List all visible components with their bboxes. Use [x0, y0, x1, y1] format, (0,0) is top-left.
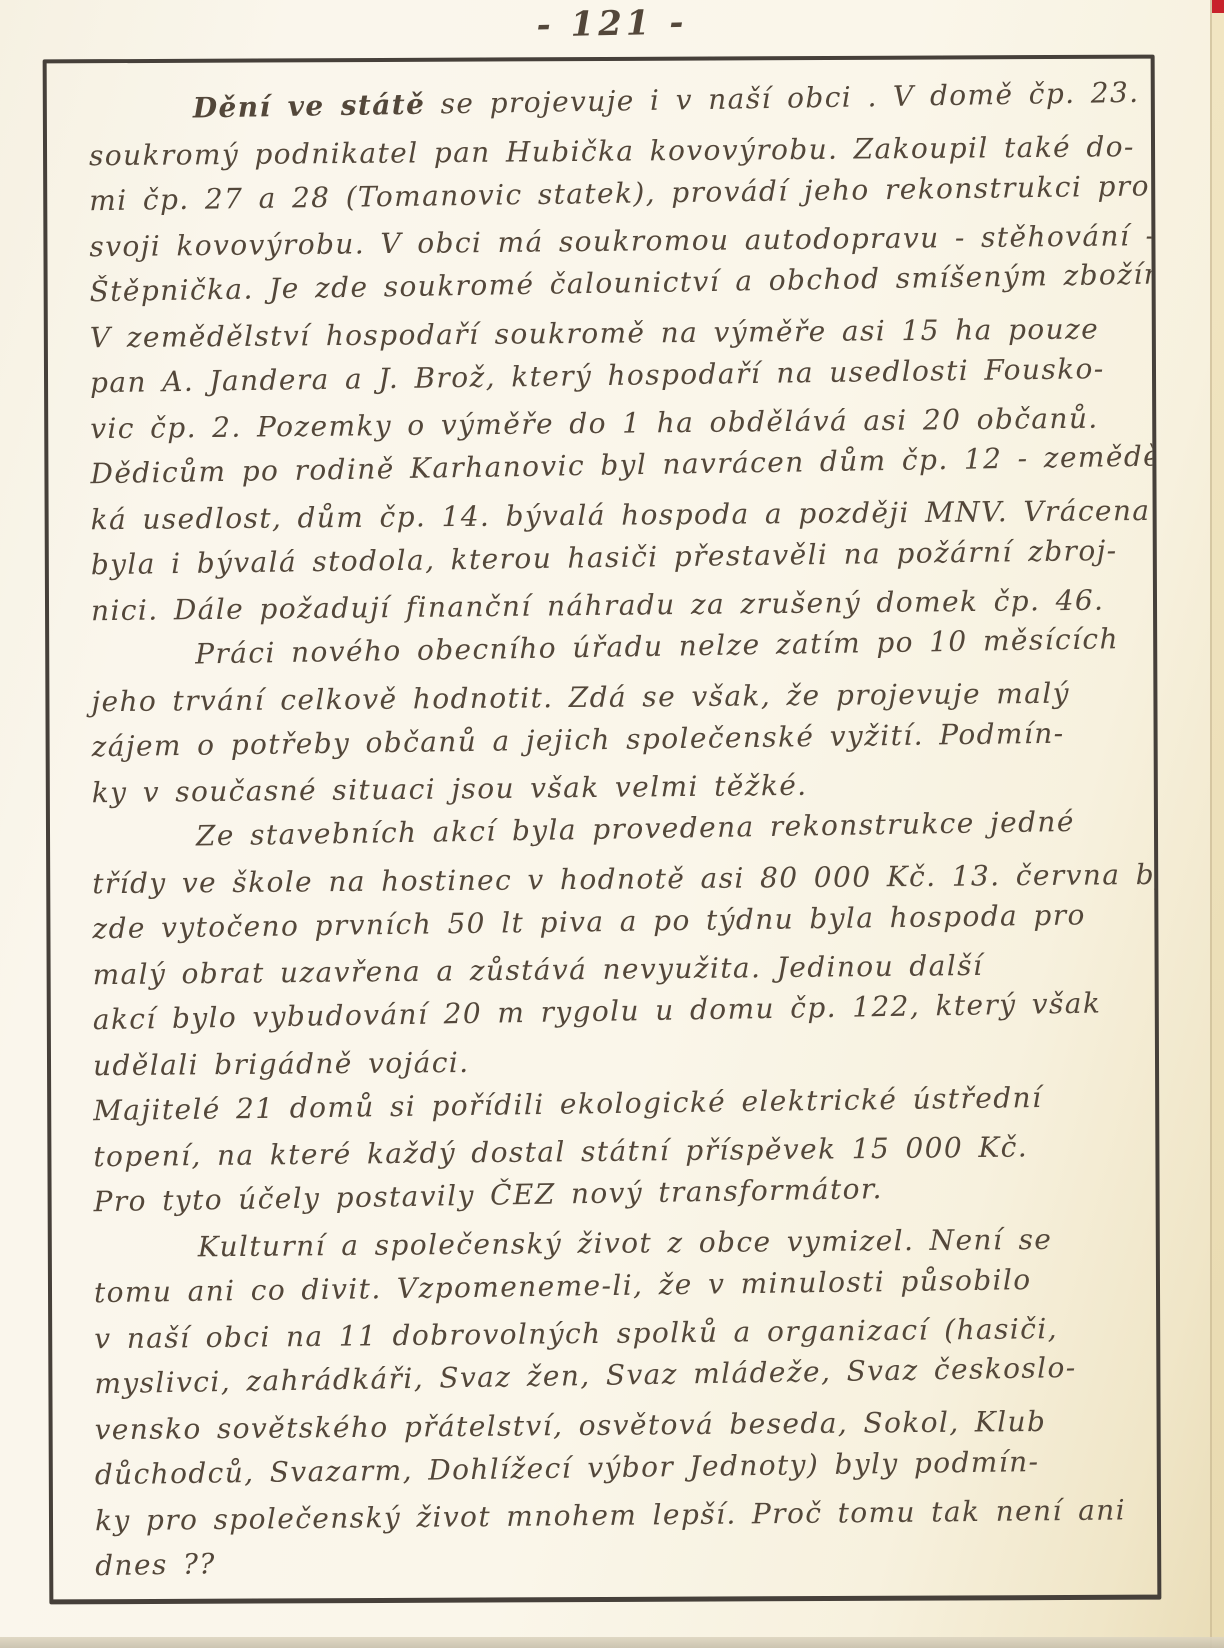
scan-bottom-edge	[0, 1637, 1224, 1648]
red-edge-mark	[1212, 0, 1224, 13]
document-frame: Dění ve státě se projevuje i v naší obci…	[43, 55, 1162, 1605]
handwritten-line: Dění ve státě se projevuje i v naší obci…	[88, 70, 1137, 133]
page-edge-line	[1210, 0, 1212, 1648]
emphasized-phrase: Dění ve státě	[193, 88, 426, 125]
page-number: - 121 -	[0, 0, 1224, 55]
scanned-page: - 121 - Dění ve státě se projevuje i v n…	[0, 0, 1224, 1648]
page-edge-strip	[1212, 0, 1224, 1648]
handwritten-text: Dění ve státě se projevuje i v naší obci…	[89, 83, 1144, 1589]
